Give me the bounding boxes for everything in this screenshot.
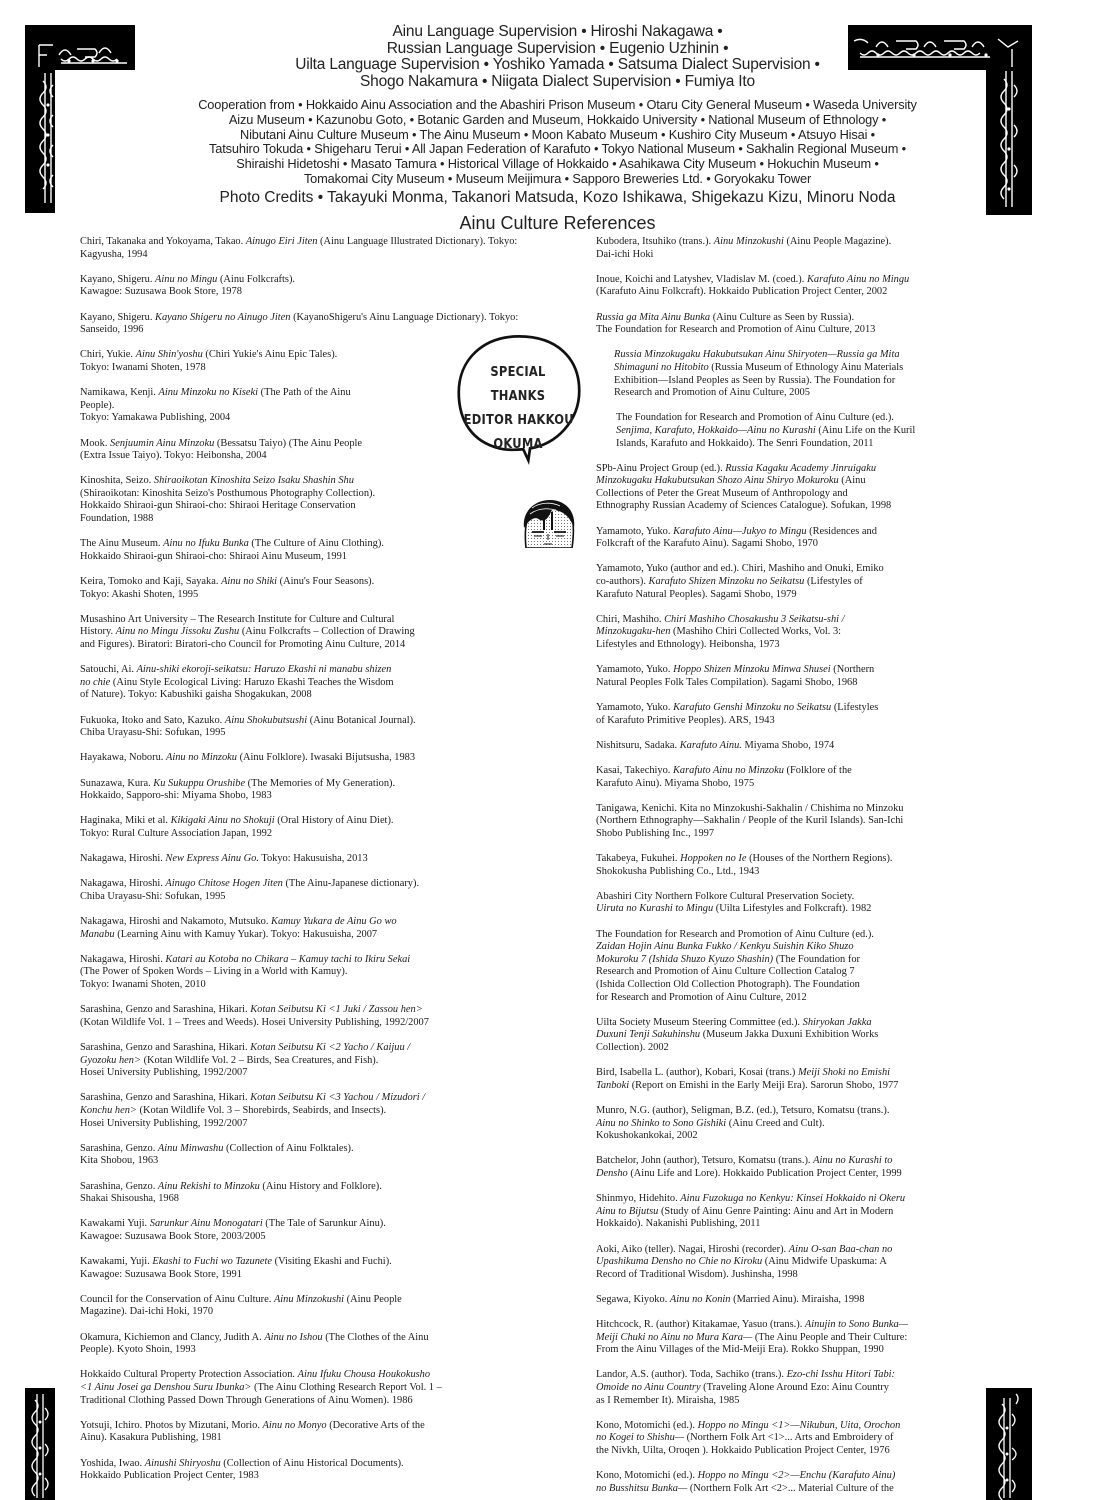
reference-author: Chiri, Takanaka and Yokoyama, Takao. xyxy=(80,236,246,247)
reference-author: Batchelor, John (author), Tetsuro, Komat… xyxy=(596,1155,813,1166)
reference-author: Aoki, Aiko (teller). Nagai, Hiroshi (rec… xyxy=(596,1244,789,1255)
reference-entry: Yoshida, Iwao. Ainushi Shiryoshu (Collec… xyxy=(80,1458,540,1483)
reference-entry: Yotsuji, Ichiro. Photos by Mizutani, Mor… xyxy=(80,1420,540,1445)
special-thanks-line: EDITOR HAKKOU xyxy=(464,408,573,432)
reference-entry: Nakagawa, Hiroshi. New Express Ainu Go. … xyxy=(80,853,540,866)
reference-entry: Russia ga Mita Ainu Bunka (Ainu Culture … xyxy=(596,312,996,337)
reference-entry: Hitchcock, R. (author) Kitakamae, Yasuo … xyxy=(596,1319,996,1357)
reference-details: (Ainu Style Ecological Living: Haruzo Ek… xyxy=(80,677,394,701)
reference-author: Sarashina, Genzo and Sarashina, Hikari. xyxy=(80,1042,250,1053)
reference-details: (Ainu Life and Lore). Hokkaido Publicati… xyxy=(628,1168,902,1179)
reference-title: Ainu no Ishou xyxy=(264,1332,322,1343)
reference-author: SPb-Ainu Project Group (ed.). xyxy=(596,463,725,474)
reference-author: Nakagawa, Hiroshi. xyxy=(80,878,165,889)
photo-credits: Photo Credits • Takayuki Monma, Takanori… xyxy=(100,189,1015,207)
reference-title: Ainu no Shinko to Sono Gishiki xyxy=(596,1118,726,1129)
reference-title: Ainu no Konin xyxy=(670,1294,731,1305)
reference-author: Bird, Isabella L. (author), Kobari, Kosa… xyxy=(596,1067,798,1078)
special-thanks-line: SPECIAL xyxy=(472,360,564,384)
cooperation-credits: Cooperation from • Hokkaido Ainu Associa… xyxy=(100,98,1015,187)
reference-title: Ainu no Mingu xyxy=(155,274,217,285)
reference-title: Ainugo Eiri Jiten xyxy=(246,236,318,247)
reference-title: Karafuto Shizen Minzoku no Seikatsu xyxy=(649,576,805,587)
reference-entry: Kubodera, Itsuhiko (trans.). Ainu Minzok… xyxy=(596,236,996,261)
reference-title: Ainu Minzoku no Kiseki xyxy=(158,387,258,398)
reference-details: (Karafuto Ainu Folkcraft). Hokkaido Publ… xyxy=(596,286,887,297)
reference-author: Nakagawa, Hiroshi and Nakamoto, Mutsuko. xyxy=(80,916,271,927)
reference-author: Nakagawa, Hiroshi. xyxy=(80,954,165,965)
reference-entry: The Foundation for Research and Promotio… xyxy=(596,929,996,1005)
cooperation-line: Nibutani Ainu Culture Museum • The Ainu … xyxy=(100,128,1015,143)
reference-details: (Northern Folk Art <2>... Material Cultu… xyxy=(687,1483,894,1494)
reference-entry: Kono, Motomichi (ed.). Hoppo no Mingu <1… xyxy=(596,1420,996,1458)
reference-entry: Kawakami Yuji. Sarunkur Ainu Monogatari … xyxy=(80,1218,540,1243)
cooperation-line: Shiraishi Hidetoshi • Masato Tamura • Hi… xyxy=(100,157,1015,172)
reference-title: Ainu Shokubutsushi xyxy=(225,715,307,726)
reference-entry: Nakagawa, Hiroshi and Nakamoto, Mutsuko.… xyxy=(80,916,540,941)
reference-entry: Abashiri City Northern Folkore Cultural … xyxy=(596,891,996,916)
reference-author: Segawa, Kiyoko. xyxy=(596,1294,670,1305)
reference-title: Shiraoikotan Kinoshita Seizo Isaku Shash… xyxy=(154,475,354,486)
reference-author: Fukuoka, Itoko and Sato, Kazuko. xyxy=(80,715,225,726)
reference-author: Kawakami, Yuji. xyxy=(80,1256,152,1267)
reference-details: (The Power of Spoken Words – Living in a… xyxy=(80,966,348,990)
reference-author: Chiri, Mashiho. xyxy=(596,614,664,625)
cooperation-line: Tatsuhiro Tokuda • Shigeharu Terui • All… xyxy=(100,142,1015,157)
reference-title: Karafuto Ainu no Mingu xyxy=(807,274,909,285)
reference-title: Kayano Shigeru no Ainugo Jiten xyxy=(155,312,290,323)
reference-entry: Segawa, Kiyoko. Ainu no Konin (Married A… xyxy=(596,1294,996,1307)
reference-entry: Yamamoto, Yuko (author and ed.). Chiri, … xyxy=(596,563,996,601)
reference-title: Ainu no Monyo xyxy=(263,1420,327,1431)
special-thanks-text: SPECIAL THANKS EDITOR HAKKOU OKUMA xyxy=(472,360,564,456)
reference-entry: SPb-Ainu Project Group (ed.). Russia Kag… xyxy=(596,463,996,513)
reference-author: Sarashina, Genzo and Sarashina, Hikari. xyxy=(80,1092,250,1103)
reference-author: Nakagawa, Hiroshi. xyxy=(80,853,165,864)
reference-details: (Married Ainu). Miraisha, 1998 xyxy=(731,1294,865,1305)
reference-title: Ainu no Minzoku xyxy=(166,752,237,763)
supervision-line: Russian Language Supervision • Eugenio U… xyxy=(100,41,1015,58)
reference-title: Ainu Minzokushi xyxy=(714,236,784,247)
supervision-credits: Ainu Language Supervision • Hiroshi Naka… xyxy=(100,24,1015,90)
reference-title: Ainu Shin'yoshu xyxy=(136,349,203,360)
reference-title: Ainu Rekishi to Minzoku xyxy=(158,1181,260,1192)
reference-title: Russia ga Mita Ainu Bunka xyxy=(596,312,710,323)
reference-details: (Shiraoikotan: Kinoshita Seizo's Posthum… xyxy=(80,488,375,524)
reference-entry: Haginaka, Miki et al. Kikigaki Ainu no S… xyxy=(80,815,540,840)
reference-entry: Musashino Art University – The Research … xyxy=(80,614,540,652)
special-thanks-line: THANKS xyxy=(472,384,564,408)
reference-entry: Shinmyo, Hidehito. Ainu Fuzokuga no Kenk… xyxy=(596,1193,996,1231)
reference-author: Yotsuji, Ichiro. Photos by Mizutani, Mor… xyxy=(80,1420,263,1431)
cooperation-line: Aizu Museum • Kazunobu Goto, • Botanic G… xyxy=(100,113,1015,128)
reference-author: Kubodera, Itsuhiko (trans.). xyxy=(596,236,714,247)
reference-author: Takabeya, Fukuhei. xyxy=(596,853,680,864)
reference-details: (Uilta Lifestyles and Folkcraft). 1982 xyxy=(713,903,871,914)
reference-author: Sarashina, Genzo. xyxy=(80,1143,158,1154)
reference-author: Landor, A.S. (author). Toda, Sachiko (tr… xyxy=(596,1369,787,1380)
reference-author: Yamamoto, Yuko. xyxy=(596,526,673,537)
reference-title: New Express Ainu Go. xyxy=(165,853,259,864)
reference-author: Satouchi, Ai. xyxy=(80,664,137,675)
reference-entry: Yamamoto, Yuko. Karafuto Genshi Minzoku … xyxy=(596,702,996,727)
reference-entry: Bird, Isabella L. (author), Kobari, Kosa… xyxy=(596,1067,996,1092)
reference-entry: Sunazawa, Kura. Ku Sukuppu Orushibe (The… xyxy=(80,778,540,803)
reference-entry: Hayakawa, Noboru. Ainu no Minzoku (Ainu … xyxy=(80,752,540,765)
reference-title: Uiruta no Kurashi to Mingu xyxy=(596,903,713,914)
reference-entry: Nakagawa, Hiroshi. Katari au Kotoba no C… xyxy=(80,954,540,992)
reference-entry: Tanigawa, Kenichi. Kita no Minzokushi-Sa… xyxy=(596,803,996,841)
reference-entry: Yamamoto, Yuko. Hoppo Shizen Minzoku Min… xyxy=(596,664,996,689)
reference-entry: Uilta Society Museum Steering Committee … xyxy=(596,1017,996,1055)
reference-entry: Takabeya, Fukuhei. Hoppoken no Ie (House… xyxy=(596,853,996,878)
reference-author: Hayakawa, Noboru. xyxy=(80,752,166,763)
reference-entry: Kasai, Takechiyo. Karafuto Ainu no Minzo… xyxy=(596,765,996,790)
reference-entry: Kono, Motomichi (ed.). Hoppo no Mingu <2… xyxy=(596,1470,996,1495)
reference-author: Kayano, Shigeru. xyxy=(80,274,155,285)
reference-entry: Chiri, Mashiho. Chiri Mashiho Chosakushu… xyxy=(596,614,996,652)
reference-author: Hitchcock, R. (author) Kitakamae, Yasuo … xyxy=(596,1319,805,1330)
reference-author: Chiri, Yukie. xyxy=(80,349,136,360)
reference-entry: Kayano, Shigeru. Ainu no Mingu (Ainu Fol… xyxy=(80,274,540,299)
reference-author: Kinoshita, Seizo. xyxy=(80,475,154,486)
reference-entry: Hokkaido Cultural Property Protection As… xyxy=(80,1369,540,1407)
reference-author: Yamamoto, Yuko. xyxy=(596,702,673,713)
reference-title: Ainu no Ifuku Bunka xyxy=(163,538,249,549)
reference-entry: Aoki, Aiko (teller). Nagai, Hiroshi (rec… xyxy=(596,1244,996,1282)
reference-entry: Chiri, Takanaka and Yokoyama, Takao. Ain… xyxy=(80,236,540,261)
reference-entry: Yamamoto, Yuko. Karafuto Ainu—Jukyo to M… xyxy=(596,526,996,551)
reference-author: Keira, Tomoko and Kaji, Sayaka. xyxy=(80,576,221,587)
reference-title: Hoppo Shizen Minzoku Minwa Shusei xyxy=(673,664,831,675)
reference-title: Karafuto Ainu no Minzoku xyxy=(673,765,784,776)
reference-title: Karafuto Ainu—Jukyo to Mingu xyxy=(673,526,806,537)
reference-entry: Kinoshita, Seizo. Shiraoikotan Kinoshita… xyxy=(80,475,540,525)
reference-title: Hoppoken no Ie xyxy=(680,853,746,864)
reference-title: Ku Sukuppu Orushibe xyxy=(153,778,245,789)
reference-entry: Satouchi, Ai. Ainu-shiki ekoroji-seikats… xyxy=(80,664,540,702)
reference-title: Ainugo Chitose Hogen Jiten xyxy=(165,878,282,889)
supervision-line: Uilta Language Supervision • Yoshiko Yam… xyxy=(100,57,1015,74)
editor-face-icon xyxy=(518,498,578,548)
reference-author: Tanigawa, Kenichi. Kita no Minzokushi-Sa… xyxy=(596,803,903,839)
reference-details: (Kotan Wildlife Vol. 1 – Trees and Weeds… xyxy=(80,1017,429,1028)
reference-author: The Foundation for Research and Promotio… xyxy=(596,929,874,940)
reference-title: Sarunkur Ainu Monogatari xyxy=(150,1218,263,1229)
reference-author: Kawakami Yuji. xyxy=(80,1218,150,1229)
supervision-line: Shogo Nakamura • Niigata Dialect Supervi… xyxy=(100,74,1015,91)
reference-title: Kikigaki Ainu no Shokuji xyxy=(171,815,275,826)
reference-entry: Sarashina, Genzo and Sarashina, Hikari. … xyxy=(80,1004,540,1029)
reference-author: Yoshida, Iwao. xyxy=(80,1458,145,1469)
reference-author: Namikawa, Kenji. xyxy=(80,387,158,398)
reference-title: Ainu no Mingu Jissoku Zushu xyxy=(116,626,240,637)
reference-details: (Report on Emishi in the Early Meiji Era… xyxy=(629,1080,898,1091)
reference-title: Karafuto Ainu. xyxy=(680,740,742,751)
reference-author: Nishitsuru, Sadaka. xyxy=(596,740,680,751)
reference-title: Ainu Minwashu xyxy=(158,1143,224,1154)
reference-entry: The Foundation for Research and Promotio… xyxy=(596,412,996,450)
reference-entry: Council for the Conservation of Ainu Cul… xyxy=(80,1294,540,1319)
reference-entry: Okamura, Kichiemon and Clancy, Judith A.… xyxy=(80,1332,540,1357)
reference-entry: Sarashina, Genzo and Sarashina, Hikari. … xyxy=(80,1042,540,1080)
reference-title: Ainu no Shiki xyxy=(221,576,277,587)
reference-entry: Sarashina, Genzo. Ainu Rekishi to Minzok… xyxy=(80,1181,540,1206)
reference-author: Munro, N.G. (author), Seligman, B.Z. (ed… xyxy=(596,1105,889,1116)
supervision-line: Ainu Language Supervision • Hiroshi Naka… xyxy=(100,24,1015,41)
references-heading: Ainu Culture References xyxy=(100,212,1015,234)
reference-title: Ainu Minzokushi xyxy=(274,1294,344,1305)
reference-title: Kotan Seibutsu Ki <1 Juki / Zassou hen> xyxy=(250,1004,422,1015)
reference-details: (Ainu Folklore). Iwasaki Bijutsusha, 198… xyxy=(237,752,415,763)
reference-author: The Foundation for Research and Promotio… xyxy=(616,412,894,423)
reference-author: Sunazawa, Kura. xyxy=(80,778,153,789)
reference-author: Haginaka, Miki et al. xyxy=(80,815,171,826)
reference-details: (Learning Ainu with Kamuy Yukar). Tokyo:… xyxy=(115,929,377,940)
reference-author: Okamura, Kichiemon and Clancy, Judith A. xyxy=(80,1332,264,1343)
reference-details: Tokyo: Hakusuisha, 2013 xyxy=(259,853,368,864)
reference-entry: Nakagawa, Hiroshi. Ainugo Chitose Hogen … xyxy=(80,878,540,903)
reference-author: Yamamoto, Yuko. xyxy=(596,664,673,675)
reference-entry: Batchelor, John (author), Tetsuro, Komat… xyxy=(596,1155,996,1180)
reference-title: Katari au Kotoba no Chikara – Kamuy tach… xyxy=(165,954,410,965)
reference-author: Kono, Motomichi (ed.). xyxy=(596,1470,698,1481)
references-right-column: Kubodera, Itsuhiko (trans.). Ainu Minzok… xyxy=(596,236,996,1500)
reference-author: Kasai, Takechiyo. xyxy=(596,765,673,776)
reference-entry: Inoue, Koichi and Latyshev, Vladislav M.… xyxy=(596,274,996,299)
reference-author: The Ainu Museum. xyxy=(80,538,163,549)
reference-details: Miyama Shobo, 1974 xyxy=(742,740,834,751)
reference-entry: Keira, Tomoko and Kaji, Sayaka. Ainu no … xyxy=(80,576,540,601)
reference-entry: Russia Minzokugaku Hakubutsukan Ainu Shi… xyxy=(596,349,996,399)
reference-author: Kono, Motomichi (ed.). xyxy=(596,1420,698,1431)
reference-author: Sarashina, Genzo. xyxy=(80,1181,158,1192)
reference-entry: Munro, N.G. (author), Seligman, B.Z. (ed… xyxy=(596,1105,996,1143)
reference-author: Council for the Conservation of Ainu Cul… xyxy=(80,1294,274,1305)
reference-title: Karafuto Genshi Minzoku no Seikatsu xyxy=(673,702,831,713)
reference-entry: Landor, A.S. (author). Toda, Sachiko (tr… xyxy=(596,1369,996,1407)
reference-entry: Fukuoka, Itoko and Sato, Kazuko. Ainu Sh… xyxy=(80,715,540,740)
reference-entry: The Ainu Museum. Ainu no Ifuku Bunka (Th… xyxy=(80,538,540,563)
reference-author: Abashiri City Northern Folkore Cultural … xyxy=(596,891,854,902)
reference-entry: Sarashina, Genzo. Ainu Minwashu (Collect… xyxy=(80,1143,540,1168)
reference-entry: Sarashina, Genzo and Sarashina, Hikari. … xyxy=(80,1092,540,1130)
reference-author: Kayano, Shigeru. xyxy=(80,312,155,323)
reference-title: Senjima, Karafuto, Hokkaido—Ainu no Kura… xyxy=(616,425,816,436)
reference-title: Ekashi to Fuchi wo Tazunete xyxy=(152,1256,272,1267)
reference-author: Uilta Society Museum Steering Committee … xyxy=(596,1017,803,1028)
ainu-pattern-strip-bottom-left-icon xyxy=(25,1388,55,1500)
cooperation-line: Cooperation from • Hokkaido Ainu Associa… xyxy=(100,98,1015,113)
reference-author: Shinmyo, Hidehito. xyxy=(596,1193,680,1204)
reference-entry: Kawakami, Yuji. Ekashi to Fuchi wo Tazun… xyxy=(80,1256,540,1281)
reference-title: Senjuumin Ainu Minzoku xyxy=(110,438,214,449)
reference-title: Ainushi Shiryoshu xyxy=(145,1458,221,1469)
reference-author: Inoue, Koichi and Latyshev, Vladislav M.… xyxy=(596,274,807,285)
reference-author: Sarashina, Genzo and Sarashina, Hikari. xyxy=(80,1004,250,1015)
reference-author: Mook. xyxy=(80,438,110,449)
reference-author: Hokkaido Cultural Property Protection As… xyxy=(80,1369,298,1380)
cooperation-line: Tomakomai City Museum • Museum Meijimura… xyxy=(100,172,1015,187)
reference-entry: Nishitsuru, Sadaka. Karafuto Ainu. Miyam… xyxy=(596,740,996,753)
special-thanks-line: OKUMA xyxy=(472,432,564,456)
